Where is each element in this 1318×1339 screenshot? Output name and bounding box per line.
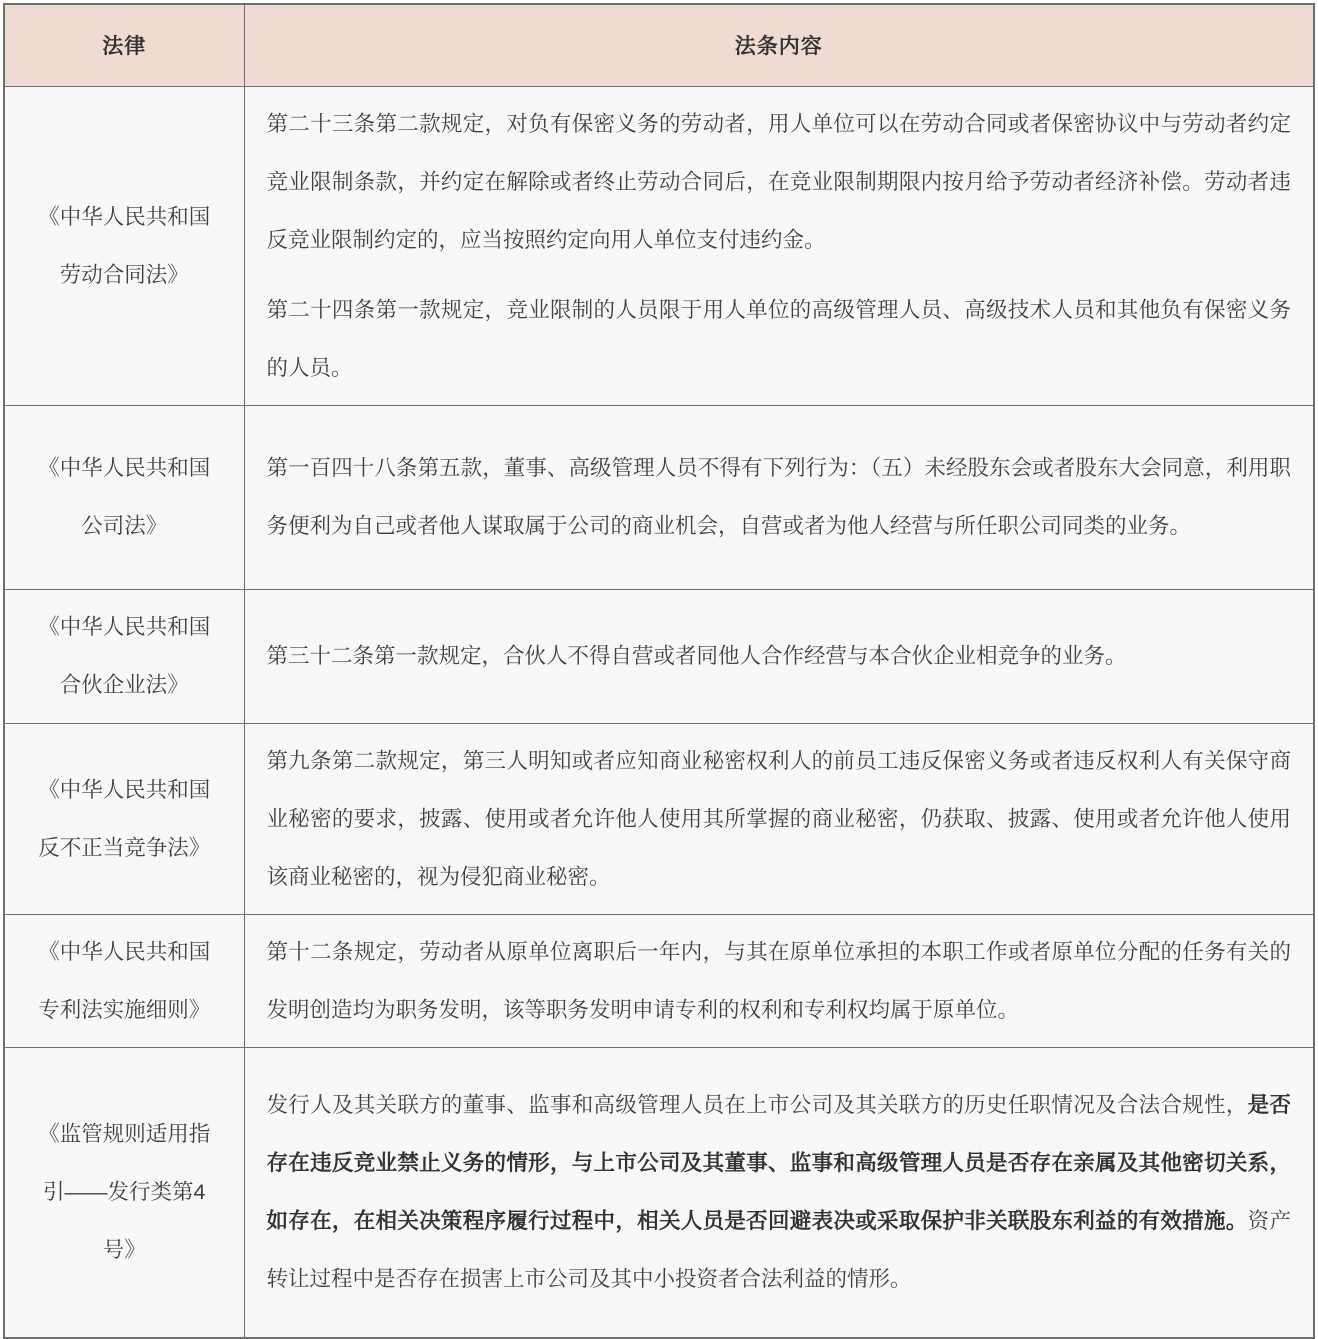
table-row: 《监管规则适用指 引——发行类第4 号》 发行人及其关联方的董事、监事和高级管理…: [4, 1047, 1314, 1338]
article-text: 第三十二条第一款规定，合伙人不得自营或者同他人合作经营与本合伙企业相竞争的业务。: [267, 644, 1127, 668]
law-content-cell: 第一百四十八条第五款，董事、高级管理人员不得有下列行为：（五）未经股东会或者股东…: [244, 405, 1314, 589]
law-name-cell: 《中华人民共和国 反不正当竞争法》: [4, 723, 244, 914]
table-row: 《中华人民共和国 反不正当竞争法》 第九条第二款规定，第三人明知或者应知商业秘密…: [4, 723, 1314, 914]
table-row: 《中华人民共和国 合伙企业法》 第三十二条第一款规定，合伙人不得自营或者同他人合…: [4, 589, 1314, 723]
article-text: 发行人及其关联方的董事、监事和高级管理人员在上市公司及其关联方的历史任职情况及合…: [267, 1093, 1248, 1117]
law-name-cell: 《中华人民共和国 公司法》: [4, 405, 244, 589]
header-cell-law: 法律: [4, 4, 244, 86]
law-content-cell: 发行人及其关联方的董事、监事和高级管理人员在上市公司及其关联方的历史任职情况及合…: [244, 1047, 1314, 1338]
table-row: 《中华人民共和国 公司法》 第一百四十八条第五款，董事、高级管理人员不得有下列行…: [4, 405, 1314, 589]
law-article-paragraph: 第九条第二款规定，第三人明知或者应知商业秘密权利人的前员工违反保密义务或者违反权…: [267, 732, 1292, 906]
law-article-paragraph: 第十二条规定，劳动者从原单位离职后一年内，与其在原单位承担的本职工作或者原单位分…: [267, 923, 1292, 1039]
law-content-cell: 第三十二条第一款规定，合伙人不得自营或者同他人合作经营与本合伙企业相竞争的业务。: [244, 589, 1314, 723]
law-name-cell: 《中华人民共和国 专利法实施细则》: [4, 914, 244, 1047]
header-cell-content: 法条内容: [244, 4, 1314, 86]
law-name-cell: 《中华人民共和国 合伙企业法》: [4, 589, 244, 723]
law-article-paragraph: 发行人及其关联方的董事、监事和高级管理人员在上市公司及其关联方的历史任职情况及合…: [267, 1076, 1292, 1308]
article-text: 第二十四条第一款规定，竞业限制的人员限于用人单位的高级管理人员、高级技术人员和其…: [267, 298, 1292, 380]
law-article-paragraph: 第一百四十八条第五款，董事、高级管理人员不得有下列行为：（五）未经股东会或者股东…: [267, 439, 1292, 555]
law-article-paragraph: 第三十二条第一款规定，合伙人不得自营或者同他人合作经营与本合伙企业相竞争的业务。: [267, 627, 1292, 685]
table-row: 《中华人民共和国 劳动合同法》 第二十三条第二款规定，对负有保密义务的劳动者，用…: [4, 86, 1314, 405]
page: 法律 法条内容 《中华人民共和国 劳动合同法》 第二十三条第二款规定，对负有保密…: [0, 0, 1318, 1320]
header-row: 法律 法条内容: [4, 4, 1314, 86]
article-text: 第九条第二款规定，第三人明知或者应知商业秘密权利人的前员工违反保密义务或者违反权…: [267, 749, 1292, 889]
law-name-cell: 《中华人民共和国 劳动合同法》: [4, 86, 244, 405]
law-name-cell: 《监管规则适用指 引——发行类第4 号》: [4, 1047, 244, 1338]
table-row: 《中华人民共和国 专利法实施细则》 第十二条规定，劳动者从原单位离职后一年内，与…: [4, 914, 1314, 1047]
law-table: 法律 法条内容 《中华人民共和国 劳动合同法》 第二十三条第二款规定，对负有保密…: [3, 3, 1315, 1339]
article-text: 第一百四十八条第五款，董事、高级管理人员不得有下列行为：（五）未经股东会或者股东…: [267, 456, 1292, 538]
law-content-cell: 第十二条规定，劳动者从原单位离职后一年内，与其在原单位承担的本职工作或者原单位分…: [244, 914, 1314, 1047]
article-text: 第二十三条第二款规定，对负有保密义务的劳动者，用人单位可以在劳动合同或者保密协议…: [267, 112, 1292, 252]
law-content-cell: 第九条第二款规定，第三人明知或者应知商业秘密权利人的前员工违反保密义务或者违反权…: [244, 723, 1314, 914]
law-content-cell: 第二十三条第二款规定，对负有保密义务的劳动者，用人单位可以在劳动合同或者保密协议…: [244, 86, 1314, 405]
article-text: 第十二条规定，劳动者从原单位离职后一年内，与其在原单位承担的本职工作或者原单位分…: [267, 940, 1292, 1022]
law-article-paragraph: 第二十三条第二款规定，对负有保密义务的劳动者，用人单位可以在劳动合同或者保密协议…: [267, 95, 1292, 269]
law-article-paragraph: 第二十四条第一款规定，竞业限制的人员限于用人单位的高级管理人员、高级技术人员和其…: [267, 281, 1292, 397]
